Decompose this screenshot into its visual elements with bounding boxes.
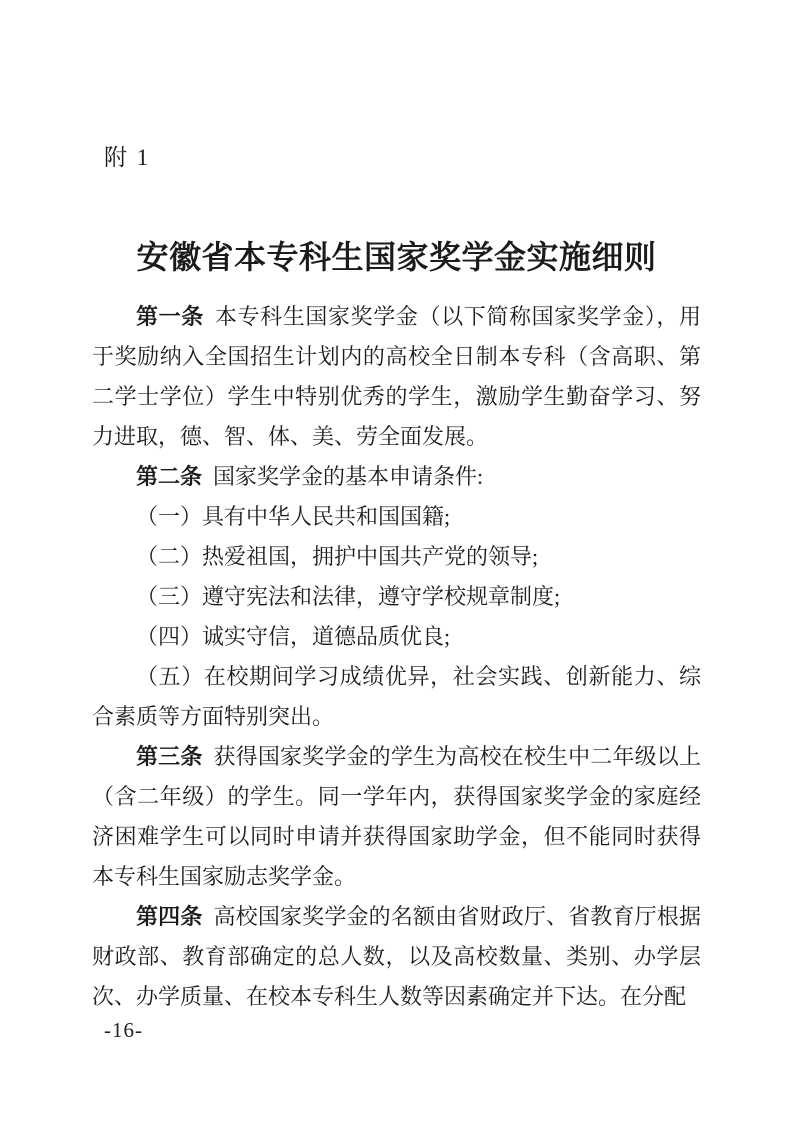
condition-text: （四）诚实守信，道德品质优良;	[136, 624, 450, 649]
condition-item-5: （五）在校期间学习成绩优异，社会实践、创新能力、综合素质等方面特别突出。	[92, 657, 701, 737]
clause-text: 国家奖学金的基本申请条件:	[213, 464, 483, 489]
paragraph-clause-4: 第四条高校国家奖学金的名额由省财政厅、省教育厅根据财政部、教育部确定的总人数，以…	[92, 897, 701, 1017]
condition-item-2: （二）热爱祖国，拥护中国共产党的领导;	[92, 537, 701, 577]
document-page: 附 1 安徽省本专科生国家奖学金实施细则 第一条本专科生国家奖学金（以下简称国家…	[0, 0, 793, 1122]
condition-item-4: （四）诚实守信，道德品质优良;	[92, 617, 701, 657]
paragraph-clause-3: 第三条获得国家奖学金的学生为高校在校生中二年级以上（含二年级）的学生。同一学年内…	[92, 737, 701, 897]
clause-label: 第二条	[136, 464, 202, 489]
condition-text: （一）具有中华人民共和国国籍;	[136, 504, 450, 529]
condition-text: （三）遵守宪法和法律，遵守学校规章制度;	[136, 584, 560, 609]
condition-item-1: （一）具有中华人民共和国国籍;	[92, 497, 701, 537]
paragraph-clause-1: 第一条本专科生国家奖学金（以下简称国家奖学金），用于奖励纳入全国招生计划内的高校…	[92, 297, 701, 457]
paragraph-clause-2: 第二条国家奖学金的基本申请条件:	[92, 457, 701, 497]
condition-text: （五）在校期间学习成绩优异，社会实践、创新能力、综合素质等方面特别突出。	[92, 664, 701, 729]
condition-text: （二）热爱祖国，拥护中国共产党的领导;	[136, 544, 538, 569]
page-number: -16-	[104, 1018, 143, 1043]
document-body: 第一条本专科生国家奖学金（以下简称国家奖学金），用于奖励纳入全国招生计划内的高校…	[92, 297, 701, 1017]
clause-label: 第四条	[136, 904, 203, 929]
page-title: 安徽省本专科生国家奖学金实施细则	[0, 237, 793, 277]
clause-label: 第一条	[136, 304, 204, 329]
clause-label: 第三条	[136, 744, 203, 769]
condition-item-3: （三）遵守宪法和法律，遵守学校规章制度;	[92, 577, 701, 617]
attachment-label: 附 1	[104, 141, 150, 175]
